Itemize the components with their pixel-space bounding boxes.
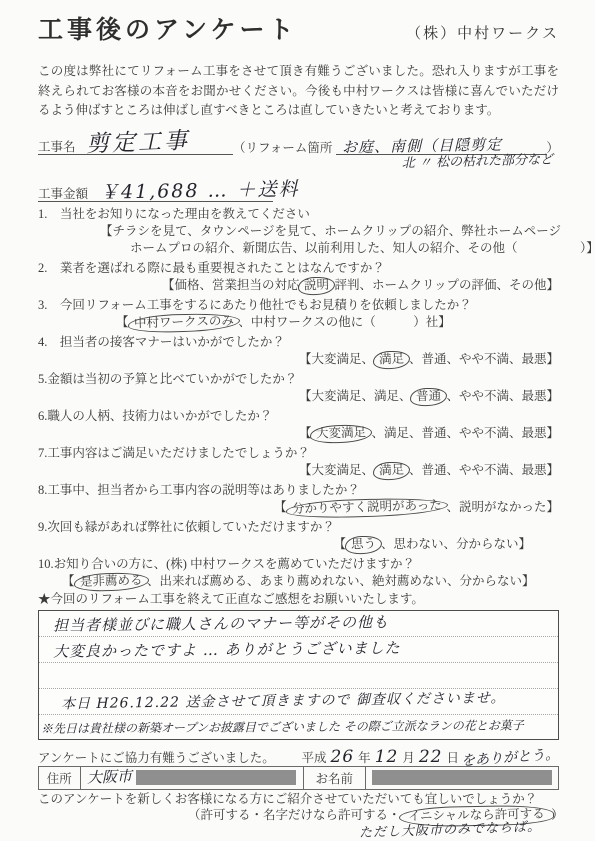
date-month-value: 12 — [371, 747, 403, 767]
options-text: 、説明がなかった】 — [446, 500, 559, 514]
question-text: 9.次回も縁があれば弊社に依頼していただけますか？ — [38, 520, 559, 535]
amount-label: 工事金額 — [38, 187, 88, 201]
question-3: 3. 今回リフォーム工事をするにあたり他社でもお見積りを依頼しましたか？ 【中村… — [38, 298, 559, 330]
question-options: 【価格、営業担当の対応説明評判、ホームクリップの評価、その他】 — [38, 278, 559, 293]
day-label: 日 — [446, 751, 459, 765]
question-options: ホームプロの紹介、新聞広告、以前利用した、知人の紹介、その他（ ）】 — [38, 241, 559, 256]
project-name-field: 工事名 剪定工事 — [38, 132, 233, 155]
amount-field: 工事金額 ￥41,688 … ＋送料 — [38, 182, 273, 202]
question-options: 【大変満足、満足、普通、やや不満、最悪】 — [38, 352, 559, 367]
question-text: 4. 担当者の接客マナーはいかがでしたか？ — [38, 335, 559, 350]
address-redaction-bar — [136, 770, 296, 785]
question-options: 【大変満足、満足、普通、やや不満、最悪】 — [38, 426, 559, 441]
circled-answer: 説明 — [298, 276, 335, 295]
amount-row: 工事金額 ￥41,688 … ＋送料 — [38, 178, 559, 202]
options-text: 、普通、やや不満、最悪】 — [409, 352, 559, 366]
company-name: （株）中村ワークス — [406, 14, 559, 43]
question-options: 【中村ワークスのみ、中村ワークスの他に（ ）社】 — [38, 315, 559, 330]
question-text: 5.金額は当初の予算と比べていかがでしたか？ — [38, 372, 559, 387]
circled-answer: 満足 — [373, 461, 410, 480]
question-7: 7.工事内容はご満足いただけましたでしょうか？ 【大変満足、満足、普通、やや不満… — [38, 446, 559, 478]
question-text: 7.工事内容はご満足いただけましたでしょうか？ — [38, 446, 559, 461]
circled-answer: 思う — [345, 535, 382, 554]
options-text: （許可する・名字だけなら許可する・ — [188, 808, 401, 822]
options-text: 【大変満足、 — [299, 463, 374, 477]
circled-answer: 満足 — [373, 350, 410, 369]
page-title: 工事後のアンケート — [38, 14, 298, 48]
questionnaire-page: 工事後のアンケート （株）中村ワークス この度は弊社にてリフォーム工事をさせて頂… — [0, 0, 595, 841]
options-text: 、思わない、分からない】 — [381, 537, 531, 551]
question-options: 【チラシを見て、タウンページを見て、ホームクリップの紹介、弊社ホームページ — [38, 224, 559, 239]
options-text: 、やや不満、最悪】 — [446, 389, 559, 403]
circled-answer: 分かりやすく説明があった — [285, 496, 447, 518]
question-options: 【分かりやすく説明があった、説明がなかった】 — [38, 500, 559, 515]
question-text: 8.工事中、担当者から工事内容の説明等はありましたか？ — [38, 483, 559, 498]
question-text: 2. 業者を選ばれる際に最も重要視されたことはなんですか？ — [38, 261, 559, 276]
date-group: 平成26年12月22日をありがとう。 — [302, 747, 559, 767]
feedback-line: 担当者様並びに職人さんのマナー等がその他も — [39, 611, 558, 637]
address-cell: 大阪市 — [81, 767, 304, 789]
question-options: 【大変満足、満足、普通、やや不満、最悪】 — [38, 463, 559, 478]
options-text: 【大変満足、 — [299, 352, 374, 366]
circled-answer: 大変満足 — [310, 424, 372, 444]
question-5: 5.金額は当初の予算と比べていかがでしたか？ 【大変満足、満足、普通、やや不満、… — [38, 372, 559, 404]
options-text: 、出来れば薦める、あまり薦めれない、絶対薦めない、分からない】 — [147, 574, 535, 588]
contact-table: 住所 大阪市 お名前 — [38, 766, 559, 790]
question-options: 【大変満足、満足、普通、やや不満、最悪】 — [38, 389, 559, 404]
feedback-line: 大変良かったですよ … ありがとうございました — [39, 637, 558, 663]
feedback-line: 本日 H26.12.22 送金させて頂きますので 御査収くださいませ。 — [39, 689, 558, 715]
project-name-label: 工事名 — [38, 140, 76, 154]
question-9: 9.次回も縁があれば弊社に依頼していただけますか？ 【思う、思わない、分からない… — [38, 520, 559, 552]
feedback-text: 担当者様並びに職人さんのマナー等がその他も — [39, 608, 558, 637]
feedback-prompt: ★今回のリフォーム工事を終えて正直なご感想をお願いいたします。 — [38, 592, 559, 607]
reform-location-label: （リフォーム箇所 — [233, 141, 332, 155]
header: 工事後のアンケート （株）中村ワークス — [38, 14, 559, 52]
options-text: 評判、ホームクリップの評価、その他】 — [334, 278, 559, 292]
question-8: 8.工事中、担当者から工事内容の説明等はありましたか？ 【分かりやすく説明があっ… — [38, 483, 559, 515]
question-text: 6.職人の人柄、技術力はいかがでしたか？ — [38, 409, 559, 424]
name-label: お名前 — [304, 767, 366, 789]
feedback-line: ※先日は貴社様の新築オープンお披露目でございました その際ご立派なランの花とお菓… — [39, 715, 558, 741]
feedback-text: ※先日は貴社様の新築オープンお披露目でございました その際ご立派なランの花とお菓… — [39, 713, 558, 742]
options-text: 、中村ワークスの他に（ ）社】 — [238, 315, 450, 329]
question-text: 3. 今回リフォーム工事をするにあたり他社でもお見積りを依頼しましたか？ — [38, 298, 559, 313]
options-text: 、満足、普通、やや不満、最悪】 — [371, 426, 559, 440]
date-day-value: 22 — [415, 747, 447, 767]
project-name-value: 剪定工事 — [75, 130, 190, 156]
options-text: 【 — [274, 500, 287, 514]
options-text: 【 — [333, 537, 346, 551]
circled-answer: 中村ワークスのみ — [127, 312, 239, 333]
options-text: 【 — [116, 315, 129, 329]
options-text: 【 — [62, 574, 75, 588]
feedback-box: 担当者様並びに職人さんのマナー等がその他も 大変良かったですよ … ありがとうご… — [38, 610, 559, 740]
feedback-text: 大変良かったですよ … ありがとうございました — [39, 634, 558, 663]
question-options: 【思う、思わない、分からない】 — [38, 537, 559, 552]
circled-answer: 是非薦める — [73, 572, 148, 592]
question-text: 10.お知り合いの方に、(株) 中村ワークスを薦めていただけますか？ — [38, 557, 559, 572]
question-10: 10.お知り合いの方に、(株) 中村ワークスを薦めていただけますか？ 【是非薦め… — [38, 557, 559, 589]
year-label: 年 — [358, 751, 371, 765]
question-1: 1. 当社をお知りになった理由を教えてください 【チラシを見て、タウンページを見… — [38, 207, 559, 256]
options-text: 【価格、営業担当の対応 — [162, 278, 300, 292]
question-6: 6.職人の人柄、技術力はいかがでしたか？ 【大変満足、満足、普通、やや不満、最悪… — [38, 409, 559, 441]
feedback-line — [39, 663, 558, 689]
name-redaction-bar — [372, 770, 552, 785]
question-options: 【是非薦める、出来れば薦める、あまり薦めれない、絶対薦めない、分からない】 — [38, 574, 559, 589]
intro-text: この度は弊社にてリフォーム工事をさせて頂き有難うございました。恐れ入りますが工事… — [38, 62, 559, 121]
address-value: 大阪市 — [86, 769, 132, 786]
options-text: 【大変満足、満足、 — [299, 389, 412, 403]
question-2: 2. 業者を選ばれる際に最も重要視されたことはなんですか？ 【価格、営業担当の対… — [38, 261, 559, 293]
question-text: 1. 当社をお知りになった理由を教えてください — [38, 207, 559, 222]
options-text: 、普通、やや不満、最悪】 — [409, 463, 559, 477]
permission-question: このアンケートを新しくお客様になる方にご紹介させていただいても宜しいでしょうか？ — [38, 792, 559, 807]
circled-answer: 普通 — [410, 387, 447, 406]
amount-value: ￥41,688 … ＋送料 — [88, 180, 300, 203]
month-label: 月 — [402, 751, 415, 765]
date-year-value: 26 — [327, 747, 359, 767]
thanks-text: アンケートにご協力有難うございました。 — [38, 748, 275, 766]
feedback-text: 本日 H26.12.22 送金させて頂きますので 御査収くださいませ。 — [39, 685, 558, 717]
question-4: 4. 担当者の接客マナーはいかがでしたか？ 【大変満足、満足、普通、やや不満、最… — [38, 335, 559, 367]
era-label: 平成 — [302, 751, 327, 765]
thanks-row: アンケートにご協力有難うございました。 平成26年12月22日をありがとう。 — [38, 747, 559, 765]
address-label: 住所 — [39, 767, 81, 789]
